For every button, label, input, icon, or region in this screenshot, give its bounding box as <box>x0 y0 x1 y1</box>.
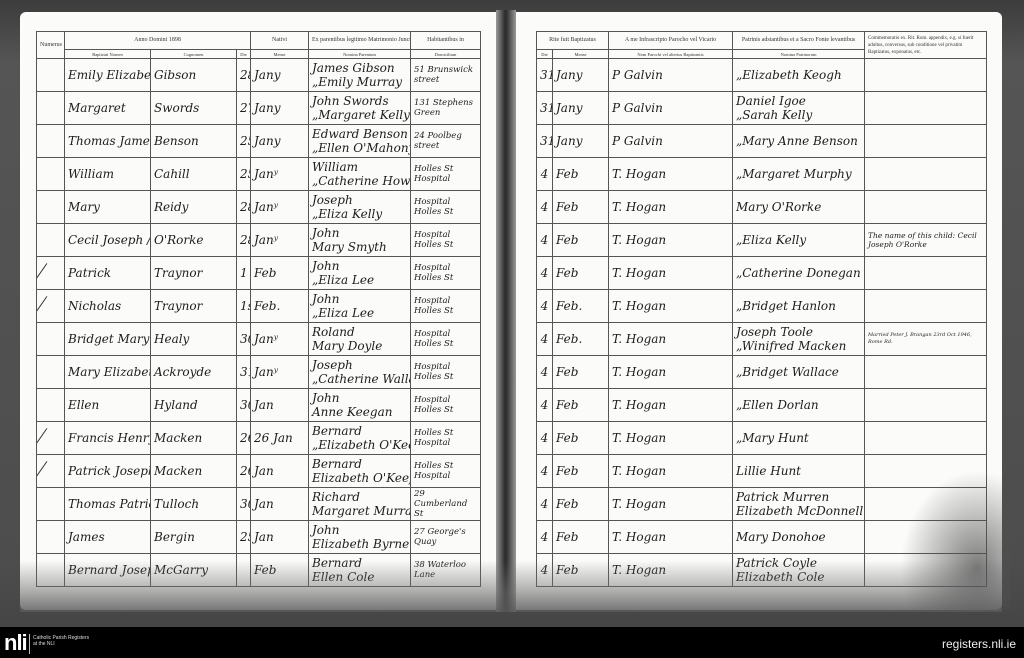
register-entry-row: 4Feb.T. Hogan„Bridget Hanlon <box>537 290 987 323</box>
birth-month: Jany <box>251 125 309 158</box>
birth-month: Janʸ <box>251 191 309 224</box>
godparent-2: Elizabeth McDonnell <box>736 504 861 518</box>
mother-name: „Catherine Howard <box>312 174 407 188</box>
mother-name: „Emily Murray <box>312 75 407 89</box>
child-name: James <box>65 521 151 554</box>
birth-day: 28 <box>237 191 251 224</box>
header-anno-domini: Anno Domini 1898 <box>65 32 251 50</box>
register-entry-row: Bernard JosephMcGarryFebBernardEllen Col… <box>37 554 481 587</box>
birth-day: 25 <box>237 158 251 191</box>
father-name: William <box>312 160 407 174</box>
header-mense: Mense <box>251 50 309 59</box>
child-surname: Traynor <box>151 257 237 290</box>
annotation-note <box>865 521 987 554</box>
child-name: Patrick Joseph <box>65 455 151 488</box>
father-name: John Swords <box>312 94 407 108</box>
officiating-priest: T. Hogan <box>609 191 733 224</box>
godparent-1: Patrick Murren <box>736 490 861 504</box>
birth-day: 26 <box>237 422 251 455</box>
baptism-month: Feb <box>553 191 609 224</box>
mother-name: „Elizabeth O'Keeffe <box>312 438 407 452</box>
baptism-month: Jany <box>553 125 609 158</box>
entry-number <box>37 521 65 554</box>
father-name: Joseph <box>312 358 407 372</box>
annotation-note <box>865 389 987 422</box>
mother-name: „Ellen O'Mahony <box>312 141 407 155</box>
father-name: Edward Benson <box>312 127 407 141</box>
register-entry-row: Mary ElizabethAckroyde31JanʸJoseph„Cathe… <box>37 356 481 389</box>
baptism-month: Jany <box>553 92 609 125</box>
baptism-month: Feb <box>553 422 609 455</box>
register-entry-row: Thomas PatrickTulloch30JanRichardMargare… <box>37 488 481 521</box>
officiating-priest: T. Hogan <box>609 389 733 422</box>
register-entry-row: 31JanyP Galvin„Elizabeth Keogh <box>537 59 987 92</box>
father-name: Bernard <box>312 424 407 438</box>
birth-day: 25 <box>237 125 251 158</box>
residence: Hospital Holles St <box>411 224 481 257</box>
child-name: Margaret <box>65 92 151 125</box>
godparent-2: „Bridget Wallace <box>736 365 861 379</box>
residence: 24 Poolbeg street <box>411 125 481 158</box>
entry-number <box>37 554 65 587</box>
register-entry-row: 4Feb.T. HoganJoseph Toole„Winifred Macke… <box>537 323 987 356</box>
child-surname: Cahill <box>151 158 237 191</box>
godparent-1: Joseph Toole <box>736 325 861 339</box>
godparent-2: „Catherine Donegan <box>736 266 861 280</box>
annotation-note <box>865 422 987 455</box>
register-entry-row: Bridget MaryHealy30JanʸRolandMary DoyleH… <box>37 323 481 356</box>
child-surname: Tulloch <box>151 488 237 521</box>
officiating-priest: T. Hogan <box>609 224 733 257</box>
entry-number <box>37 125 65 158</box>
header-domicilium: Domicilium <box>411 50 481 59</box>
entry-number <box>37 224 65 257</box>
residence: Hospital Holles St <box>411 290 481 323</box>
baptism-day: 4 <box>537 290 553 323</box>
residence: Holles St Hospital <box>411 158 481 191</box>
birth-month: Janʸ <box>251 356 309 389</box>
entry-number <box>37 422 65 455</box>
baptism-day: 4 <box>537 224 553 257</box>
register-entry-row: 4FebT. Hogan„Mary Hunt <box>537 422 987 455</box>
baptism-day: 31 <box>537 59 553 92</box>
baptism-month: Feb. <box>553 323 609 356</box>
residence: 38 Waterloo Lane <box>411 554 481 587</box>
annotation-note <box>865 257 987 290</box>
officiating-priest: T. Hogan <box>609 488 733 521</box>
register-entry-row: 4FebT. Hogan„Margaret Murphy <box>537 158 987 191</box>
child-surname: Reidy <box>151 191 237 224</box>
officiating-priest: T. Hogan <box>609 290 733 323</box>
baptism-day: 31 <box>537 92 553 125</box>
header-numerus: Numerus <box>37 32 65 59</box>
residence: Hospital Holles St <box>411 257 481 290</box>
logo-divider <box>29 634 30 654</box>
mother-name: „Eliza Lee <box>312 306 407 320</box>
residence: Hospital Holles St <box>411 389 481 422</box>
father-name: Richard <box>312 490 407 504</box>
birth-month: Jany <box>251 59 309 92</box>
annotation-note <box>865 290 987 323</box>
residence: Hospital Holles St <box>411 356 481 389</box>
annotation-note <box>865 191 987 224</box>
father-name: Joseph <box>312 193 407 207</box>
residence: Holles St Hospital <box>411 422 481 455</box>
residence: 27 George's Quay <box>411 521 481 554</box>
godparent-2: „Sarah Kelly <box>736 108 861 122</box>
header-habitantibus: Habitantibus in <box>411 32 481 50</box>
baptism-month: Feb <box>553 158 609 191</box>
birth-day: 28 <box>237 224 251 257</box>
godparent-2: „Eliza Kelly <box>736 233 861 247</box>
birth-day: 30 <box>237 323 251 356</box>
register-entry-row: MargaretSwords27JanyJohn Swords„Margaret… <box>37 92 481 125</box>
baptism-register-right-table: Rite fuit Baptizatus A me Infrascripto P… <box>536 31 987 587</box>
mother-name: Mary Smyth <box>312 240 407 254</box>
child-name: Thomas Patrick <box>65 488 151 521</box>
residence: Hospital Holles St <box>411 191 481 224</box>
mother-name: „Eliza Lee <box>312 273 407 287</box>
mother-name: „Catherine Wallace <box>312 372 407 386</box>
father-name: Roland <box>312 325 407 339</box>
register-entry-row: MaryReidy28JanʸJoseph„Eliza KellyHospita… <box>37 191 481 224</box>
mother-name: Margaret Murray <box>312 504 407 518</box>
site-link[interactable]: registers.nli.ie <box>942 637 1016 651</box>
annotation-note <box>865 554 987 587</box>
register-entry-row: 4FebT. Hogan„Ellen Dorlan <box>537 389 987 422</box>
register-entry-row: Francis HenryMacken2626 JanBernard„Eliza… <box>37 422 481 455</box>
register-entry-row: 31JanyP GalvinDaniel Igoe„Sarah Kelly <box>537 92 987 125</box>
baptism-month: Feb. <box>553 290 609 323</box>
baptism-day: 4 <box>537 323 553 356</box>
child-surname: Macken <box>151 422 237 455</box>
officiating-priest: P Galvin <box>609 59 733 92</box>
residence: 29 Cumberland St <box>411 488 481 521</box>
register-entry-row: Thomas JamesBenson25JanyEdward Benson„El… <box>37 125 481 158</box>
entry-number <box>37 158 65 191</box>
child-surname: Gibson <box>151 59 237 92</box>
header-a-me: A me Infrascripto Parocho vel Vicario <box>609 32 733 50</box>
annotation-note <box>865 158 987 191</box>
officiating-priest: T. Hogan <box>609 323 733 356</box>
child-name: Patrick <box>65 257 151 290</box>
baptism-day: 4 <box>537 389 553 422</box>
officiating-priest: T. Hogan <box>609 422 733 455</box>
register-entry-row: 4FebT. Hogan„Catherine Donegan <box>537 257 987 290</box>
footer-bar <box>0 627 1024 658</box>
header-nomina-patrinorum: Nomina Patrinorum <box>733 50 865 59</box>
birth-month: Janʸ <box>251 224 309 257</box>
register-entry-row: NicholasTraynor1stFeb.John„Eliza LeeHosp… <box>37 290 481 323</box>
birth-day: 25 <box>237 521 251 554</box>
register-entry-row: 4FebT. HoganMary Donohoe <box>537 521 987 554</box>
header-nativi: Nativi <box>251 32 309 50</box>
baptism-day: 4 <box>537 158 553 191</box>
father-name: John <box>312 259 407 273</box>
baptism-day: 4 <box>537 554 553 587</box>
child-name: Cecil Joseph / Mary F.H. <box>65 224 151 257</box>
register-entry-row: 4FebT. Hogan„Eliza KellyThe name of this… <box>537 224 987 257</box>
officiating-priest: P Galvin <box>609 125 733 158</box>
header-die: Die <box>237 50 251 59</box>
child-surname: Swords <box>151 92 237 125</box>
child-surname: Healy <box>151 323 237 356</box>
birth-month: Janʸ <box>251 323 309 356</box>
child-name: Francis Henry <box>65 422 151 455</box>
father-name: Bernard <box>312 457 407 471</box>
child-surname: Bergin <box>151 521 237 554</box>
child-name: Nicholas <box>65 290 151 323</box>
entry-number <box>37 389 65 422</box>
godparent-2: Mary Donohoe <box>736 530 861 544</box>
baptism-day: 4 <box>537 191 553 224</box>
birth-month: Jany <box>251 92 309 125</box>
header-rite-fuit: Rite fuit Baptizatus <box>537 32 609 50</box>
entry-number <box>37 488 65 521</box>
register-entry-row: 4FebT. Hogan„Bridget Wallace <box>537 356 987 389</box>
godparent-2: „Ellen Dorlan <box>736 398 861 412</box>
father-name: John <box>312 523 407 537</box>
godparent-2: „Elizabeth Keogh <box>736 68 861 82</box>
annotation-note <box>865 356 987 389</box>
officiating-priest: T. Hogan <box>609 158 733 191</box>
annotation-note <box>865 488 987 521</box>
birth-day: 28 <box>237 59 251 92</box>
register-entry-row: JamesBergin25JanJohnElizabeth Byrne27 Ge… <box>37 521 481 554</box>
header-nomen: Baptizati Nomen <box>65 50 151 59</box>
godparent-1: Patrick Coyle <box>736 556 861 570</box>
baptism-month: Feb <box>553 257 609 290</box>
entry-number <box>37 257 65 290</box>
register-entry-row: Emily ElizabethGibson28JanyJames Gibson„… <box>37 59 481 92</box>
birth-day: 1 <box>237 257 251 290</box>
birth-day: 30 <box>237 389 251 422</box>
godparent-2: „Mary Anne Benson <box>736 134 861 148</box>
birth-day <box>237 554 251 587</box>
residence: 131 Stephens Green <box>411 92 481 125</box>
register-entry-row: 31JanyP Galvin„Mary Anne Benson <box>537 125 987 158</box>
book-gutter <box>496 10 516 612</box>
header-nomen-parochi: Nom Parochi vel alterius Baptizantis <box>609 50 733 59</box>
baptism-day: 4 <box>537 356 553 389</box>
child-surname: Hyland <box>151 389 237 422</box>
birth-day: 31 <box>237 356 251 389</box>
register-entry-row: 4FebT. HoganLillie Hunt <box>537 455 987 488</box>
residence: Holles St Hospital <box>411 455 481 488</box>
child-name: Bernard Joseph <box>65 554 151 587</box>
mother-name: Mary Doyle <box>312 339 407 353</box>
baptism-day: 4 <box>537 521 553 554</box>
header-mense: Mense <box>553 50 609 59</box>
header-nomina-parentum: Nomina Parentum <box>309 50 411 59</box>
birth-month: Jan <box>251 521 309 554</box>
residence: Hospital Holles St <box>411 323 481 356</box>
godparent-2: „Mary Hunt <box>736 431 861 445</box>
godparent-2: „Bridget Hanlon <box>736 299 861 313</box>
child-surname: Macken <box>151 455 237 488</box>
birth-day: 26 <box>237 455 251 488</box>
birth-month: 26 Jan <box>251 422 309 455</box>
header-die: Die <box>537 50 553 59</box>
child-name: Thomas James <box>65 125 151 158</box>
birth-month: Jan <box>251 488 309 521</box>
baptism-month: Feb <box>553 554 609 587</box>
mother-name: „Margaret Kelly <box>312 108 407 122</box>
birth-day: 1st <box>237 290 251 323</box>
register-entry-row: 4FebT. HoganPatrick CoyleElizabeth Cole <box>537 554 987 587</box>
baptism-day: 4 <box>537 455 553 488</box>
officiating-priest: T. Hogan <box>609 554 733 587</box>
officiating-priest: T. Hogan <box>609 521 733 554</box>
officiating-priest: P Galvin <box>609 92 733 125</box>
father-name: John <box>312 226 407 240</box>
baptism-month: Feb <box>553 521 609 554</box>
register-entry-row: Patrick JosephMacken26JanBernardElizabet… <box>37 455 481 488</box>
annotation-note <box>865 455 987 488</box>
entry-number <box>37 455 65 488</box>
mother-name: Elizabeth O'Keeffe <box>312 471 407 485</box>
annotation-note <box>865 59 987 92</box>
birth-month: Feb. <box>251 290 309 323</box>
register-entry-row: Cecil Joseph / Mary F.H.O'Rorke28JanʸJoh… <box>37 224 481 257</box>
annotation-note <box>865 125 987 158</box>
mother-name: „Eliza Kelly <box>312 207 407 221</box>
annotation-note: The name of this child: Cecil Joseph O'R… <box>865 224 987 257</box>
child-surname: McGarry <box>151 554 237 587</box>
child-name: Bridget Mary <box>65 323 151 356</box>
officiating-priest: T. Hogan <box>609 257 733 290</box>
godparent-2: Lillie Hunt <box>736 464 861 478</box>
register-entry-row: EllenHyland30JanJohnAnne KeeganHospital … <box>37 389 481 422</box>
father-name: John <box>312 292 407 306</box>
entry-number <box>37 290 65 323</box>
header-commemoratio: Commemoratio ex. Rit. Rom. appendix, e.g… <box>865 32 987 59</box>
baptism-day: 4 <box>537 257 553 290</box>
child-surname: Benson <box>151 125 237 158</box>
father-name: John <box>312 391 407 405</box>
mother-name: Anne Keegan <box>312 405 407 419</box>
child-surname: Ackroyde <box>151 356 237 389</box>
birth-month: Jan <box>251 389 309 422</box>
mother-name: Elizabeth Byrne <box>312 537 407 551</box>
nli-logo[interactable]: nli <box>4 632 27 654</box>
godparent-1: Daniel Igoe <box>736 94 861 108</box>
birth-month: Feb <box>251 257 309 290</box>
child-name: Ellen <box>65 389 151 422</box>
baptism-day: 31 <box>537 125 553 158</box>
godparent-2: „Winifred Macken <box>736 339 861 353</box>
birth-day: 30 <box>237 488 251 521</box>
entry-number <box>37 323 65 356</box>
baptism-month: Feb <box>553 488 609 521</box>
child-surname: Traynor <box>151 290 237 323</box>
annotation-note: Married Peter J. Brangan 23rd Oct 1946, … <box>865 323 987 356</box>
child-name: Emily Elizabeth <box>65 59 151 92</box>
birth-month: Jan <box>251 455 309 488</box>
child-surname: O'Rorke <box>151 224 237 257</box>
header-patrini: Patrinis adstantibus et a Sacro Fonte le… <box>733 32 865 50</box>
baptism-month: Feb <box>553 455 609 488</box>
godparent-2: „Margaret Murphy <box>736 167 861 181</box>
residence: 51 Brunswick street <box>411 59 481 92</box>
entry-number <box>37 59 65 92</box>
father-name: James Gibson <box>312 61 407 75</box>
birth-month: Janʸ <box>251 158 309 191</box>
godparent-2: Mary O'Rorke <box>736 200 861 214</box>
godparent-2: Elizabeth Cole <box>736 570 861 584</box>
baptism-month: Jany <box>553 59 609 92</box>
register-entry-row: PatrickTraynor1FebJohn„Eliza LeeHospital… <box>37 257 481 290</box>
entry-number <box>37 356 65 389</box>
baptism-month: Feb <box>553 389 609 422</box>
header-parentes: Ex parentibus legitimo Matrimonio Juncti… <box>309 32 411 50</box>
baptism-month: Feb <box>553 224 609 257</box>
mother-name: Ellen Cole <box>312 570 407 584</box>
baptism-register-left-table: Numerus Anno Domini 1898 Nativi Ex paren… <box>36 31 481 587</box>
child-name: William <box>65 158 151 191</box>
entry-number <box>37 191 65 224</box>
birth-month: Feb <box>251 554 309 587</box>
officiating-priest: T. Hogan <box>609 356 733 389</box>
child-name: Mary <box>65 191 151 224</box>
baptism-month: Feb <box>553 356 609 389</box>
baptism-day: 4 <box>537 488 553 521</box>
entry-number <box>37 92 65 125</box>
register-entry-row: 4FebT. HoganPatrick MurrenElizabeth McDo… <box>537 488 987 521</box>
father-name: Bernard <box>312 556 407 570</box>
header-cognomen: Cognomen <box>151 50 237 59</box>
logo-caption: Catholic Parish Registers at the NLI <box>33 635 93 647</box>
officiating-priest: T. Hogan <box>609 455 733 488</box>
birth-day: 27 <box>237 92 251 125</box>
child-name: Mary Elizabeth <box>65 356 151 389</box>
register-entry-row: WilliamCahill25JanʸWilliam„Catherine How… <box>37 158 481 191</box>
register-entry-row: 4FebT. HoganMary O'Rorke <box>537 191 987 224</box>
baptism-day: 4 <box>537 422 553 455</box>
annotation-note <box>865 92 987 125</box>
